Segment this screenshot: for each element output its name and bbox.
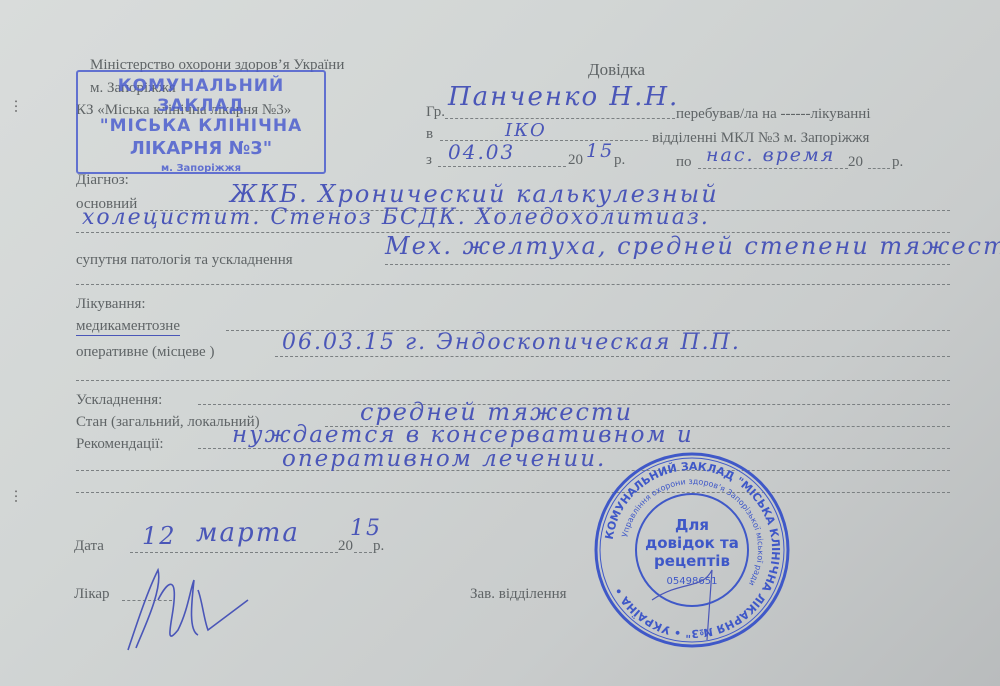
to-year-suffix: р. — [892, 154, 903, 171]
stamp-center-1: Для — [675, 516, 709, 534]
medical-certificate: Міністерство охорони здоров’я України м.… — [0, 0, 1000, 686]
from-year-prefix: 20 — [568, 152, 583, 169]
label-gr: Гр. — [426, 104, 445, 121]
from-date: 04.03 — [448, 140, 515, 164]
patient-name: Панченко Н.Н. — [448, 82, 679, 112]
label-to: по — [676, 154, 692, 171]
recommendations-label: Рекомендації: — [76, 436, 164, 453]
stamp-center-2: довідок та — [645, 534, 739, 552]
diagnosis-main-line2: холецистит. Стеноз БСДК. Холедохолитиаз. — [82, 205, 710, 230]
round-stamp: КОМУНАЛЬНИЙ ЗАКЛАД "МІСЬКА КЛІНІЧНА ЛІКА… — [592, 450, 792, 650]
treatment-label: Лікування: — [76, 296, 146, 313]
date-day: 12 — [142, 522, 177, 550]
diagnosis-main-line1: ЖКБ. Хронический калькулезный — [230, 180, 719, 208]
date-month: марта — [196, 518, 300, 548]
comorbid-value: Мех. желтуха, средней степени тяжести — [385, 232, 1000, 260]
stamp-line: ЛІКАРНЯ №3" — [78, 138, 324, 159]
comorbid-label: супутня патологія та ускладнення — [76, 252, 293, 269]
to-year-prefix: 20 — [848, 154, 863, 171]
complications-label: Ускладнення: — [76, 392, 162, 409]
from-year: 15 — [586, 140, 614, 162]
margin-mark: • • • — [12, 490, 21, 502]
doctor-signature — [118, 560, 258, 660]
rectangular-stamp: КОМУНАЛЬНИЙ ЗАКЛАД "МІСЬКА КЛІНІЧНА ЛІКА… — [76, 70, 326, 174]
head-of-department-label: Зав. відділення — [470, 586, 567, 603]
stamp-line: "МІСЬКА КЛІНІЧНА — [78, 116, 324, 136]
recommendations-line1: нуждается в консервативном и — [232, 422, 694, 448]
operative-label: оперативне (місцеве ) — [76, 344, 214, 361]
stamp-line: КОМУНАЛЬНИЙ ЗАКЛАД — [78, 76, 324, 116]
date-suffix: р. — [373, 538, 384, 555]
diagnosis-label: Діагноз: — [76, 172, 129, 189]
recommendations-line2: оперативном лечении. — [282, 446, 606, 472]
medication-label: медикаментозне — [76, 318, 180, 336]
label-stay: перебував/ла на ------лікуванні — [676, 106, 871, 123]
label-in: в — [426, 126, 433, 143]
to-value: нас. время — [706, 144, 835, 166]
doctor-label: Лікар — [74, 586, 110, 603]
stamp-code: 05498651 — [667, 576, 718, 587]
from-year-suffix: р. — [614, 152, 625, 169]
document-title: Довідка — [588, 60, 645, 80]
department-value: ІКО — [505, 120, 547, 141]
operative-value: 06.03.15 г. Эндоскопическая П.П. — [282, 330, 741, 355]
date-label: Дата — [74, 538, 104, 555]
stamp-center-3: рецептів — [654, 552, 730, 570]
label-from: з — [426, 152, 432, 169]
margin-mark: • • • — [12, 100, 21, 112]
